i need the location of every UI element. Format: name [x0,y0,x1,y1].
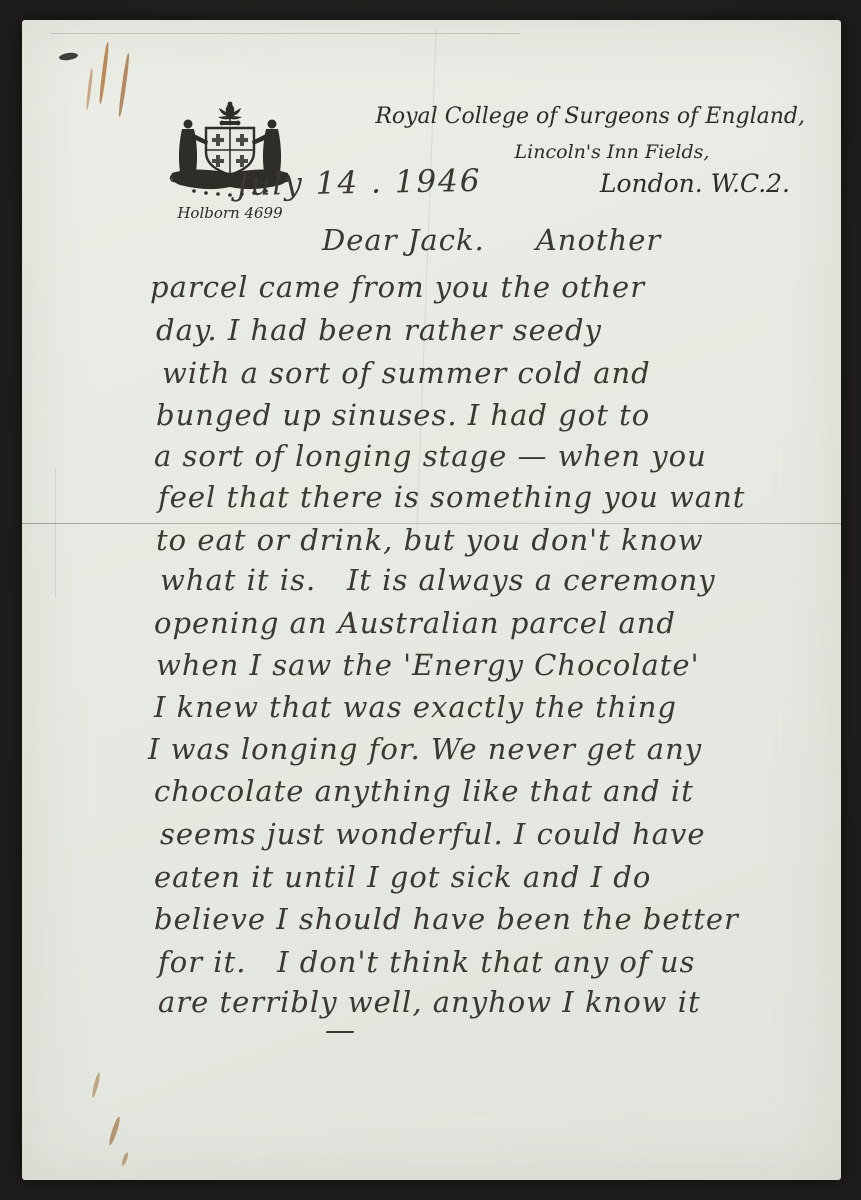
rust-stain-spot [91,1072,101,1098]
handwriting-line: believe I should have been the better [154,902,739,936]
rust-stain-streak [85,68,93,110]
rust-stain-streak [118,53,131,117]
handwriting-line: a sort of longing stage — when you [154,439,707,473]
handwriting-line: chocolate anything like that and it [154,774,694,808]
rust-stain-streak [98,42,110,104]
handwriting-line: day. I had been rather seedy [156,313,602,347]
handwriting-line: to eat or drink, but you don't know [156,523,704,557]
letterhead-telephone: Holborn 4699 [150,204,310,222]
handwriting-line: are terribly well, anyhow I know it [158,985,701,1019]
handwriting-line: eaten it until I got sick and I do [154,860,651,894]
letterhead-city: London. W.C.2. [600,169,790,198]
handwriting-line: seems just wonderful. I could have [160,817,706,851]
handwriting-line: opening an Australian parcel and [154,606,676,640]
handwriting-line: when I saw the 'Energy Chocolate' [156,648,700,682]
handwriting-line: I knew that was exactly the thing [154,690,677,724]
handwriting-line: feel that there is something you want [158,480,745,514]
crease-left [55,468,56,598]
crease-top [50,33,520,34]
handwriting-line: what it is. It is always a ceremony [160,563,716,597]
handwriting-line: Dear Jack. Another [322,223,661,257]
letter-date: July 14 . 1946 [236,163,482,203]
page-end-mark: — [325,1013,356,1048]
letterhead-organization: Royal College of Surgeons of England, [375,104,805,129]
handwriting-line: with a sort of summer cold and [162,356,651,390]
rust-stain-spot [121,1152,130,1167]
rust-stain-spot [107,1116,121,1146]
handwriting-line: parcel came from you the other [150,270,645,304]
letterhead-address: Lincoln's Inn Fields, [515,141,710,163]
letter-paper: Royal College of Surgeons of England, Li… [22,20,841,1180]
ink-smudge [59,52,79,62]
handwriting-line: I was longing for. We never get any [148,732,702,766]
handwriting-line: bunged up sinuses. I had got to [156,398,650,432]
handwriting-line: for it. I don't think that any of us [158,945,695,979]
